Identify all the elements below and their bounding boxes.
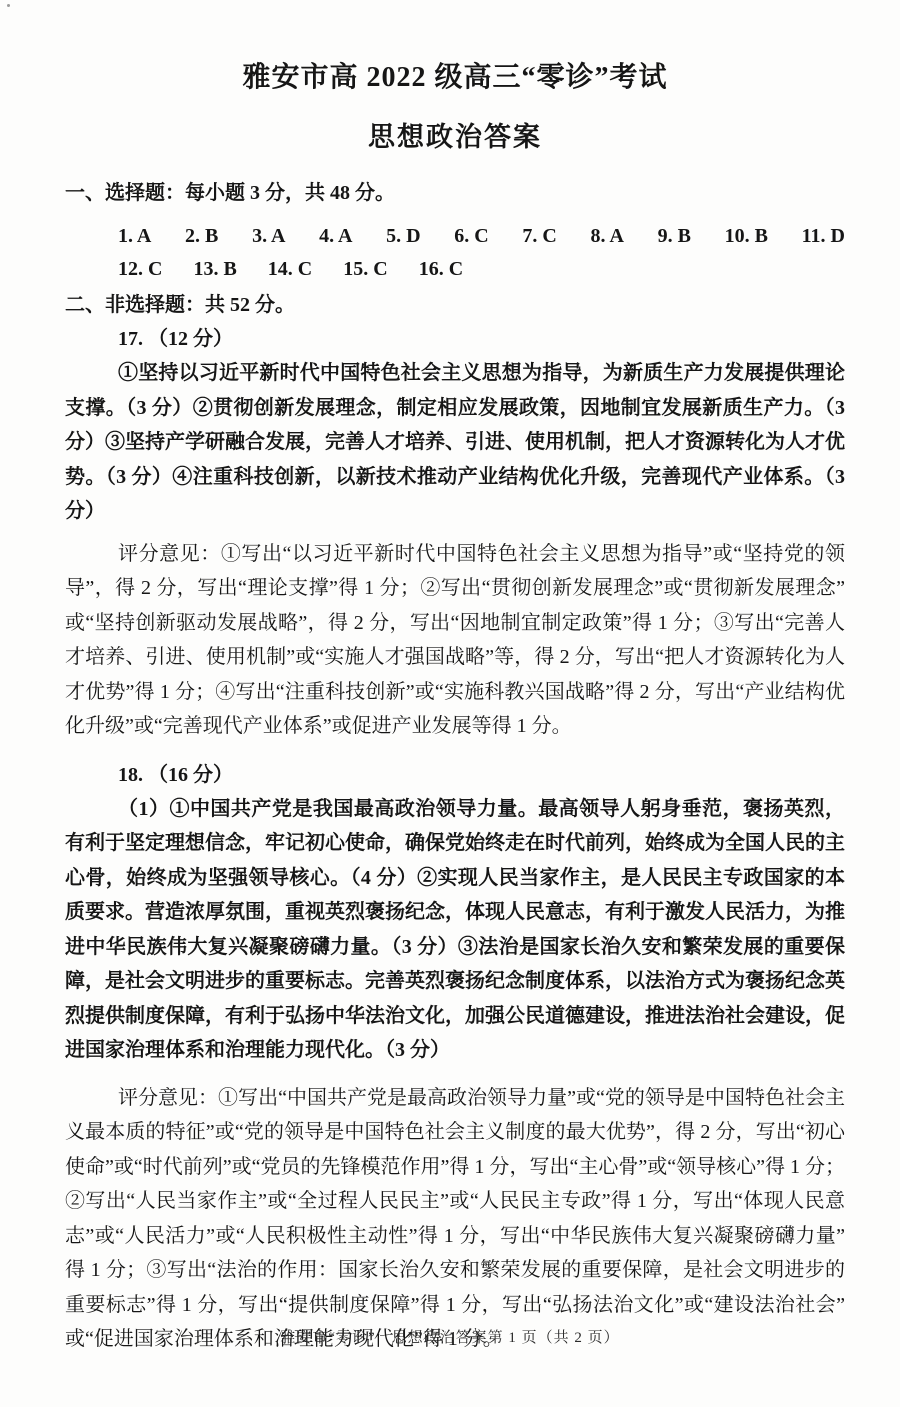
mc-answer-14: 14. C bbox=[268, 253, 312, 286]
mc-answer-4: 4. A bbox=[319, 220, 352, 253]
section1-heading: 一、选择题：每小题 3 分，共 48 分。 bbox=[65, 176, 845, 210]
mc-answer-2: 2. B bbox=[185, 220, 218, 253]
document-content: 雅安市高 2022 级高三“零诊”考试 思想政治答案 一、选择题：每小题 3 分… bbox=[0, 0, 900, 1357]
question18-scoring-notes: 评分意见：①写出“中国共产党是最高政治领导力量”或“党的领导是中国特色社会主义最… bbox=[65, 1081, 845, 1357]
mc-answer-10: 10. B bbox=[725, 220, 768, 253]
scan-artifact-speck bbox=[7, 4, 10, 7]
mc-answer-13: 13. B bbox=[193, 253, 236, 286]
multiple-choice-answers-row1: 1. A 2. B 3. A 4. A 5. D 6. C 7. C 8. A … bbox=[65, 220, 845, 253]
question18-answer: （1）①中国共产党是我国最高政治领导力量。最高领导人躬身垂范，褒扬英烈，有利于坚… bbox=[65, 792, 845, 1068]
mc-answer-12: 12. C bbox=[118, 253, 162, 286]
mc-answer-11: 11. D bbox=[802, 220, 845, 253]
mc-answer-5: 5. D bbox=[386, 220, 420, 253]
exam-answer-page: 雅安市高 2022 级高三“零诊”考试 思想政治答案 一、选择题：每小题 3 分… bbox=[0, 0, 900, 1407]
mc-answer-6: 6. C bbox=[454, 220, 488, 253]
mc-answer-1: 1. A bbox=[118, 220, 151, 253]
document-title: 雅安市高 2022 级高三“零诊”考试 bbox=[65, 62, 845, 94]
mc-answer-15: 15. C bbox=[343, 253, 387, 286]
question17-number: 17. （12 分） bbox=[65, 322, 845, 356]
mc-answer-3: 3. A bbox=[252, 220, 285, 253]
mc-answer-7: 7. C bbox=[522, 220, 556, 253]
question17-scoring-notes: 评分意见：①写出“以习近平新时代中国特色社会主义思想为指导”或“坚持党的领导”，… bbox=[65, 537, 845, 744]
question18-number: 18. （16 分） bbox=[65, 758, 845, 792]
mc-answer-16: 16. C bbox=[419, 253, 463, 286]
document-subtitle: 思想政治答案 bbox=[65, 122, 845, 152]
multiple-choice-answers-row2: 12. C 13. B 14. C 15. C 16. C bbox=[65, 253, 845, 286]
section2-heading: 二、非选择题：共 52 分。 bbox=[65, 288, 845, 322]
question17-answer: ①坚持以习近平新时代中国特色社会主义思想为指导，为新质生产力发展提供理论支撑。（… bbox=[65, 356, 845, 529]
page-footer: 雅安市“零诊” 思想政治答案第 1 页（共 2 页） bbox=[0, 1326, 900, 1347]
mc-answer-8: 8. A bbox=[591, 220, 624, 253]
mc-answer-9: 9. B bbox=[658, 220, 691, 253]
